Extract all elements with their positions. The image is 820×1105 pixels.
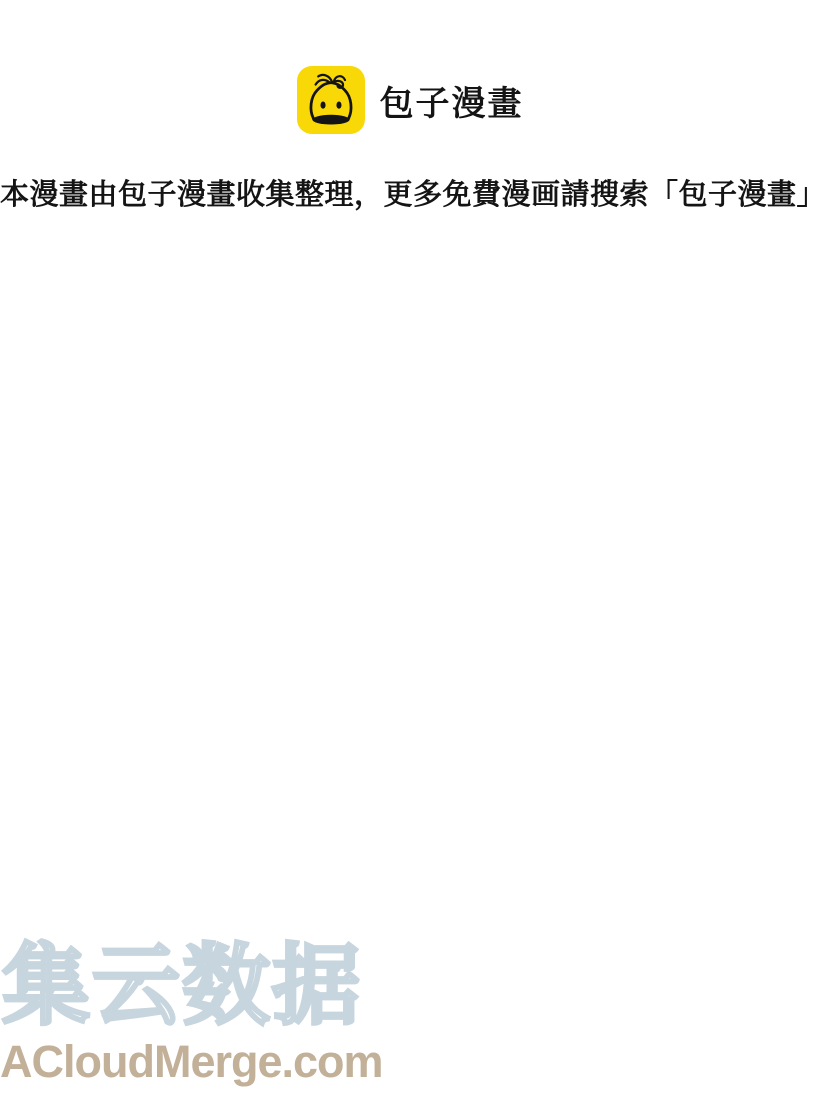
baozi-bun-icon <box>297 66 365 134</box>
brand-header: 包子漫畫 <box>0 66 820 134</box>
watermark-site-text: ACloudMerge.com <box>0 1036 383 1088</box>
comic-credit-page: 包子漫畫 本漫畫由包子漫畫收集整理，更多免費漫画請搜索「包子漫畫」 集云数据 A… <box>0 0 820 1105</box>
collection-notice-text: 本漫畫由包子漫畫收集整理，更多免費漫画請搜索「包子漫畫」 <box>0 172 820 213</box>
watermark-cn-text: 集云数据 <box>2 938 362 1035</box>
app-title: 包子漫畫 <box>380 76 524 125</box>
